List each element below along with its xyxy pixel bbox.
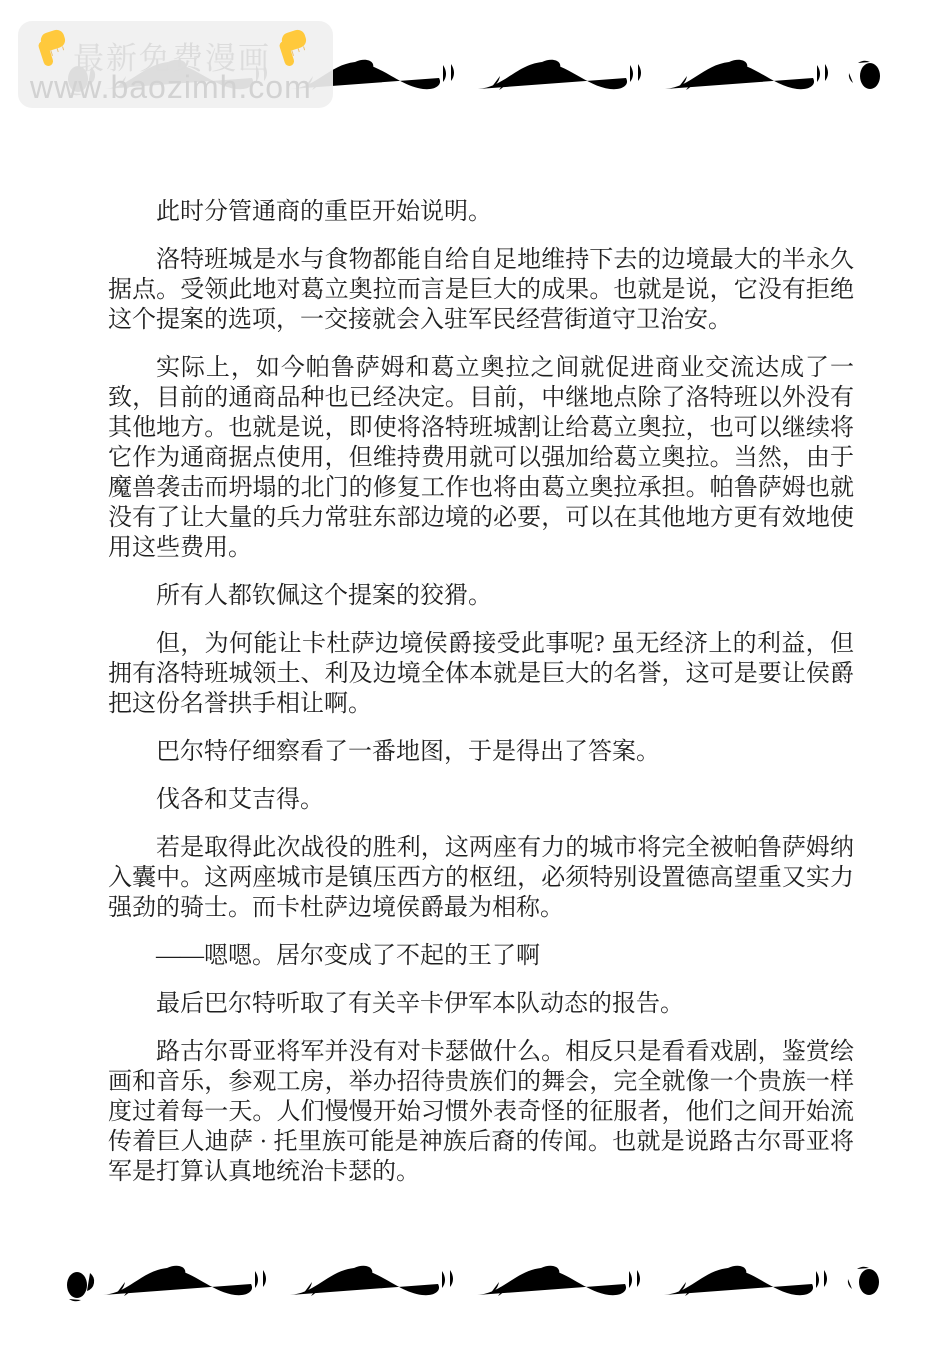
paragraph: 所有人都钦佩这个提案的狡猾。 [108,581,854,611]
watermark-url: www.baozimh.com [30,69,312,106]
paragraph: 最后巴尔特听取了有关辛卡伊军本队动态的报告。 [108,989,854,1019]
pointing-down-icon [274,28,312,68]
paragraph: ——嗯嗯。居尔变成了不起的王了啊 [108,941,854,971]
paragraph: 洛特班城是水与食物都能自给自足地维持下去的边境最大的半永久据点。受领此地对葛立奥… [108,245,854,335]
paragraph: 路古尔哥亚将军并没有对卡瑟做什么。相反只是看看戏剧，鉴赏绘画和音乐，参观工房，举… [108,1037,854,1187]
paragraph: 巴尔特仔细察看了一番地图，于是得出了答案。 [108,737,854,767]
paragraph: 实际上，如今帕鲁萨姆和葛立奥拉之间就促进商业交流达成了一致，目前的通商品种也已经… [108,353,854,563]
page: { "colors": { "page_bg": "#ffffff", "ink… [0,0,952,1360]
paragraph: 但，为何能让卡杜萨边境侯爵接受此事呢? 虽无经济上的利益，但拥有洛特班城领土、利… [108,629,854,719]
paragraph: 此时分管通商的重臣开始说明。 [108,197,854,227]
watermark-ad[interactable]: 最新免费漫画 www.baozimh.com [18,21,333,108]
pointing-down-icon [33,28,71,68]
paragraph: 若是取得此次战役的胜利，这两座有力的城市将完全被帕鲁萨姆纳入囊中。这两座城市是镇… [108,833,854,923]
bottom-flourish-border [62,1258,892,1304]
paragraph: 伐各和艾吉得。 [108,785,854,815]
novel-text: 此时分管通商的重臣开始说明。洛特班城是水与食物都能自给自足地维持下去的边境最大的… [108,197,854,1205]
